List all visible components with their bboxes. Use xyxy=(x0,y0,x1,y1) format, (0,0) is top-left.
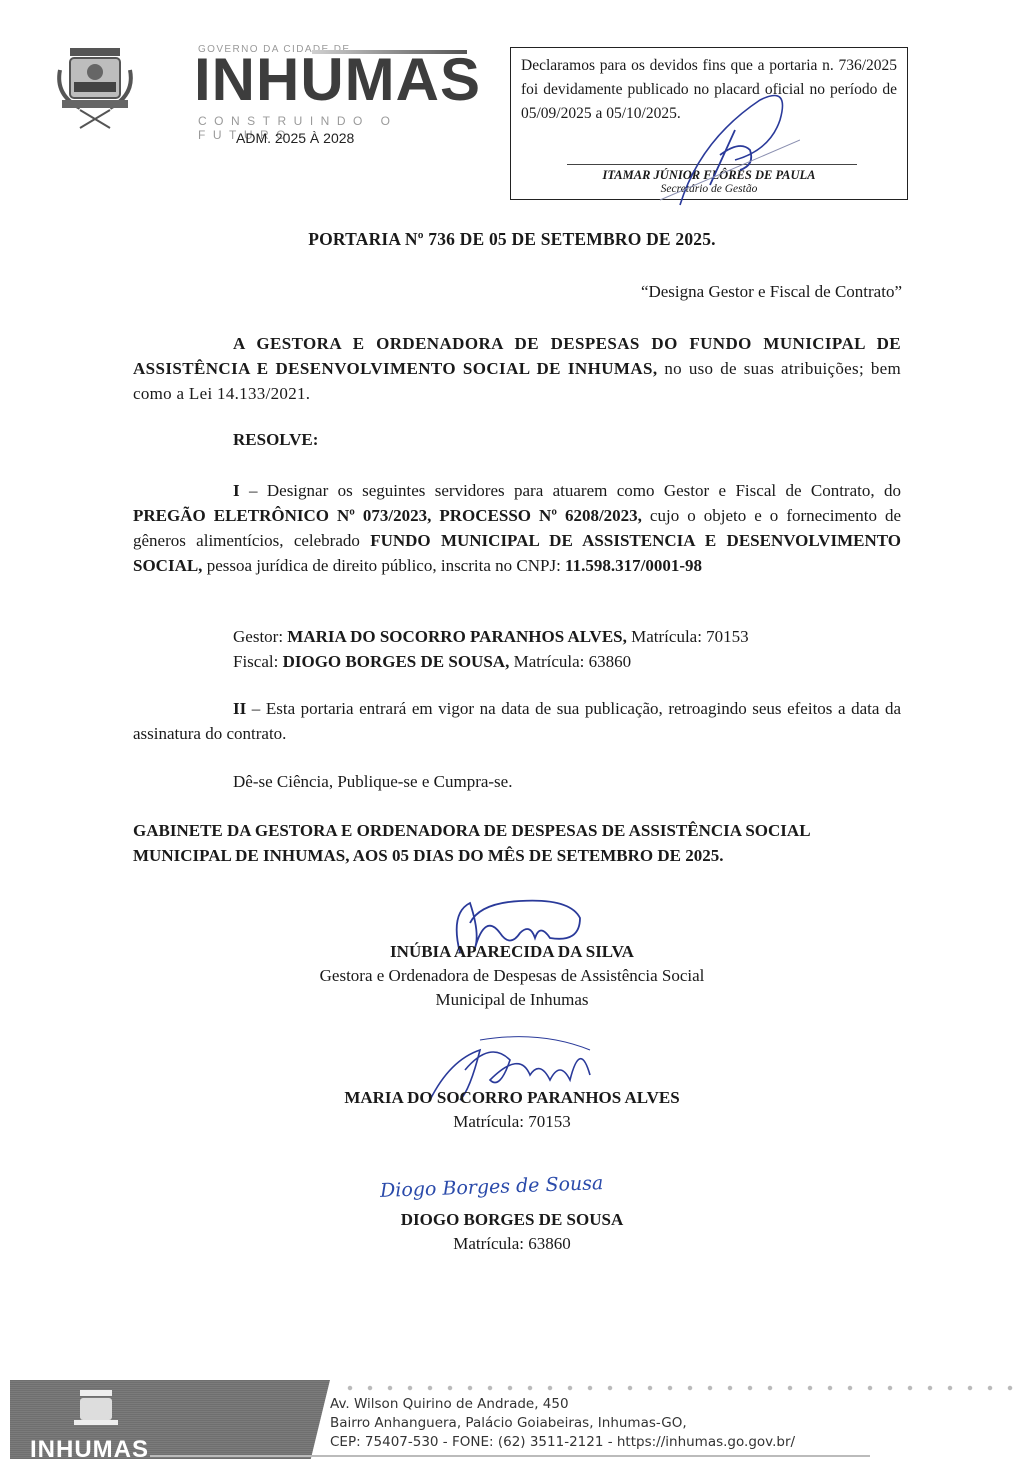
city-logo: GOVERNO DA CIDADE DE INHUMAS CONSTRUINDO… xyxy=(50,40,470,150)
cabinet-statement: GABINETE DA GESTORA E ORDENADORA DE DESP… xyxy=(133,818,908,868)
designee-list: Gestor: MARIA DO SOCORRO PARANHOS ALVES,… xyxy=(233,624,749,674)
coat-of-arms-icon xyxy=(66,1386,126,1432)
article-1-text: – Designar os seguintes servidores para … xyxy=(240,481,901,500)
designee-name: DIOGO BORGES DE SOUSA, xyxy=(283,652,510,671)
handwritten-signature: Diogo Borges de Sousa xyxy=(380,1172,604,1202)
address-contact-line: CEP: 75407-530 - FONE: (62) 3511-2121 - … xyxy=(330,1433,795,1452)
article-1-text: pessoa jurídica de direito público, insc… xyxy=(202,556,565,575)
page-footer: INHUMAS Av. Wilson Quirino de Andrade, 4… xyxy=(0,1380,1024,1459)
document-ementa: “Designa Gestor e Fiscal de Contrato” xyxy=(641,282,902,302)
address-line: Av. Wilson Quirino de Andrade, 450 xyxy=(330,1395,795,1414)
signer-matricula: Matrícula: 70153 xyxy=(0,1110,1024,1134)
article-1-numeral: I xyxy=(233,481,240,500)
cnpj-value: 11.598.317/0001-98 xyxy=(565,556,702,575)
coat-of-arms-icon xyxy=(50,40,145,130)
footer-rule xyxy=(150,1455,870,1457)
footer-brand: INHUMAS xyxy=(30,1436,149,1459)
designee-role: Gestor: xyxy=(233,627,287,646)
city-brand: INHUMAS xyxy=(194,50,481,110)
signature-block-manager: MARIA DO SOCORRO PARANHOS ALVES Matrícul… xyxy=(0,1086,1024,1134)
designee-role: Fiscal: xyxy=(233,652,283,671)
preamble: A GESTORA E ORDENADORA DE DESPESAS DO FU… xyxy=(133,331,901,406)
page-number: Página 1 xyxy=(990,1238,1020,1328)
designee-inspector: Fiscal: DIOGO BORGES DE SOUSA, Matrícula… xyxy=(233,649,749,674)
handwritten-signature-icon xyxy=(640,80,800,210)
signer-role: Gestora e Ordenadora de Despesas de Assi… xyxy=(0,964,1024,988)
designee-matricula: Matrícula: 70153 xyxy=(627,627,749,646)
signature-block-inspector: DIOGO BORGES DE SOUSA Matrícula: 63860 xyxy=(0,1208,1024,1256)
signature-block-secretary: INÚBIA APARECIDA DA SILVA Gestora e Orde… xyxy=(0,940,1024,1012)
article-1: I – Designar os seguintes servidores par… xyxy=(133,478,901,578)
article-2-numeral: II xyxy=(233,699,246,718)
document-title: PORTARIA Nº 736 DE 05 DE SETEMBRO DE 202… xyxy=(0,229,1024,250)
administration-period: ADM. 2025 À 2028 xyxy=(236,130,354,146)
signer-matricula: Matrícula: 63860 xyxy=(0,1232,1024,1256)
article-2-text: – Esta portaria entrará em vigor na data… xyxy=(133,699,901,743)
process-reference: PREGÃO ELETRÔNICO Nº 073/2023, PROCESSO … xyxy=(133,506,642,525)
resolve-heading: RESOLVE: xyxy=(233,430,318,450)
designee-matricula: Matrícula: 63860 xyxy=(509,652,631,671)
footer-dots-decoration xyxy=(340,1384,1020,1392)
address-line: Bairro Anhanguera, Palácio Goiabeiras, I… xyxy=(330,1414,795,1433)
article-2: II – Esta portaria entrará em vigor na d… xyxy=(133,696,901,746)
signer-role: Municipal de Inhumas xyxy=(0,988,1024,1012)
closing-formula: Dê-se Ciência, Publique-se e Cumpra-se. xyxy=(233,772,512,792)
designee-name: MARIA DO SOCORRO PARANHOS ALVES, xyxy=(287,627,627,646)
signer-name: INÚBIA APARECIDA DA SILVA xyxy=(0,940,1024,964)
designee-manager: Gestor: MARIA DO SOCORRO PARANHOS ALVES,… xyxy=(233,624,749,649)
signer-name: DIOGO BORGES DE SOUSA xyxy=(0,1208,1024,1232)
footer-address: Av. Wilson Quirino de Andrade, 450 Bairr… xyxy=(330,1395,795,1452)
signer-name: MARIA DO SOCORRO PARANHOS ALVES xyxy=(0,1086,1024,1110)
